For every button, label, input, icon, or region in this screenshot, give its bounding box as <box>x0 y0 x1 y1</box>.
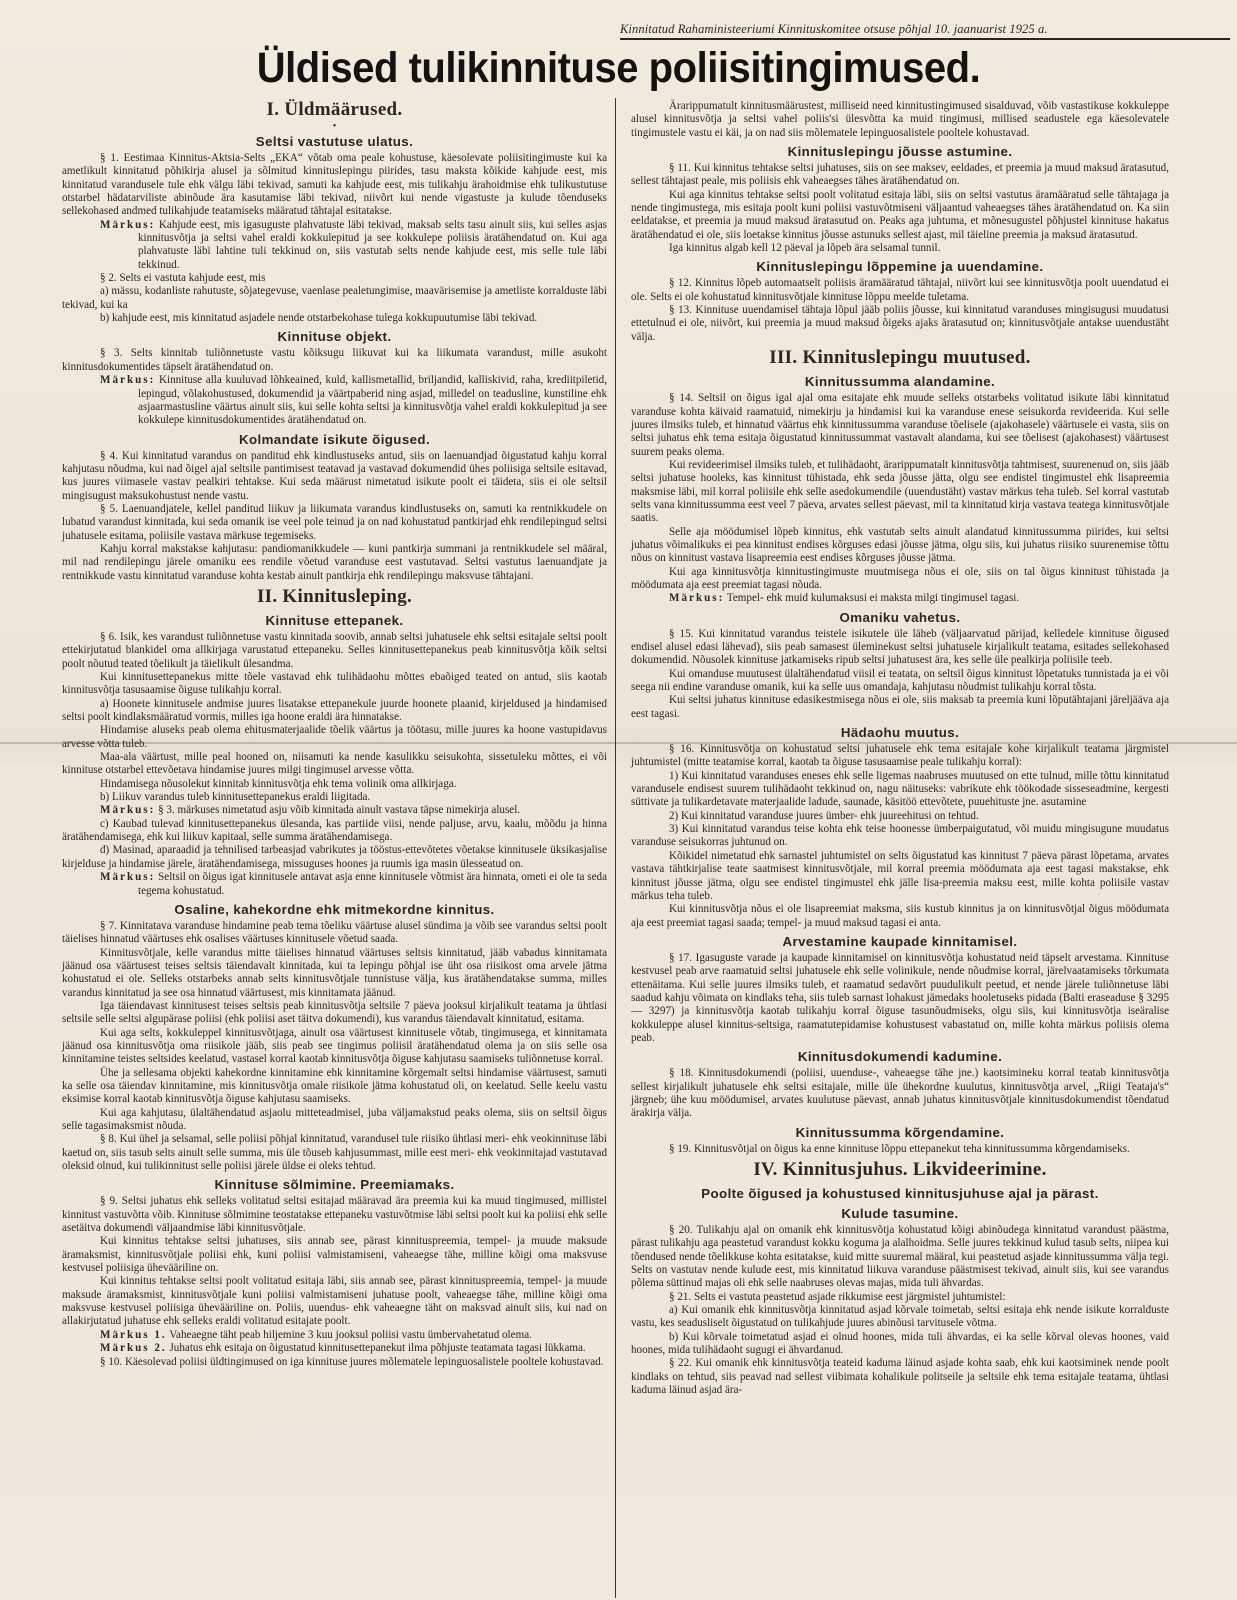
section-2-title: II. Kinnitusleping. <box>62 585 607 609</box>
column-divider <box>615 98 616 1598</box>
paragraph-7: § 7. Kinnitatava varanduse hindamine pea… <box>62 920 607 947</box>
note-9b: Märkus 2. Juhatus ehk esitaja on õigusta… <box>100 1342 607 1355</box>
heading-kulude: Kulude tasumine. <box>631 1205 1169 1222</box>
approval-note: Kinnitatud Rahaministeeriumi Kinnituskom… <box>620 22 1230 40</box>
heading-kadumine: Kinnitusdokumendi kadumine. <box>631 1048 1169 1065</box>
paragraph-21: § 21. Selts ei vastuta peastetud asjade … <box>631 1291 1169 1304</box>
heading-vastutus: Seltsi vastutuse ulatus. <box>62 133 607 150</box>
ornament-dot: • <box>62 124 607 130</box>
paragraph-5b: Kahju korral makstakse kahjutasu: pandio… <box>62 543 607 583</box>
paragraph-6g: b) Liikuv varandus tuleb kinnitusettepan… <box>62 791 607 804</box>
note-text: Tempel- ehk muid kulumaksusi ei maksta m… <box>727 592 1019 604</box>
paragraph-3: § 3. Selts kinnitab tuliõnnetuste vastu … <box>62 347 607 374</box>
paragraph-22: § 22. Kui omanik ehk kinnitusvõtja teate… <box>631 1357 1169 1397</box>
note-label: Märkus 1. <box>100 1329 167 1341</box>
paragraph-19: § 19. Kinnitusvõtjal on õigus ka enne ki… <box>631 1143 1169 1156</box>
paragraph-17: § 17. Igasuguste varade ja kaupade kinni… <box>631 952 1169 1045</box>
note-6b: Märkus: Seltsil on õigus igat kinnitusel… <box>100 871 607 898</box>
paragraph-10: § 10. Käesolevad poliisi üldtingimused o… <box>62 1356 607 1369</box>
heading-solmimine: Kinnituse sõlmimine. Preemiamaks. <box>62 1176 607 1193</box>
note-1: Märkus: Kahjude eest, mis igasuguste pla… <box>100 219 607 272</box>
heading-ettepanek: Kinnituse ettepanek. <box>62 612 607 629</box>
left-column: I. Üldmäärused. • Seltsi vastutuse ulatu… <box>62 96 607 1369</box>
paragraph-7d: Kui aga selts, kokkuleppel kinnitusvõtja… <box>62 1027 607 1067</box>
paragraph-7b: Kinnitusvõtjale, kelle varandus mitte tä… <box>62 947 607 1000</box>
paragraph-6i: d) Masinad, aparaadid ja tehnilised tarb… <box>62 844 607 871</box>
note-label: Märkus 2. <box>100 1342 167 1354</box>
paragraph-14d: Kui aga kinnitusvõtja kinnitustingimuste… <box>631 566 1169 593</box>
note-text: Juhatus ehk esitaja on õigustatud kinnit… <box>169 1342 585 1354</box>
note-label: Märkus: <box>100 219 155 231</box>
heading-loppemine: Kinnituslepingu lõppemine ja uuendamine. <box>631 258 1169 275</box>
note-3: Märkus: Kinnituse alla kuuluvad lõhkeain… <box>100 374 607 427</box>
paragraph-7e: Ühe ja sellesama objekti kahekordne kinn… <box>62 1067 607 1107</box>
paragraph-6d: Hindamise aluseks peab olema ehitusmater… <box>62 724 607 751</box>
paragraph-9b: Kui kinnitus tehtakse seltsi juhatuses, … <box>62 1235 607 1275</box>
paragraph-10b: Ärarippumatult kinnitusmäärustest, milli… <box>631 100 1169 140</box>
paragraph-6e: Maa-ala väärtust, mille peal hooned on, … <box>62 751 607 778</box>
paragraph-16e: Kui kinnitusvõtja nõus ei ole lisapreemi… <box>631 903 1169 930</box>
note-text: Vaheaegne täht peab hiljemine 3 kuu jook… <box>169 1329 532 1341</box>
heading-omaniku: Omaniku vahetus. <box>631 609 1169 626</box>
note-label: Märkus: <box>669 592 724 604</box>
heading-hadaohu: Hädaohu muutus. <box>631 724 1169 741</box>
section-1-title: I. Üldmäärused. <box>62 98 607 122</box>
note-label: Märkus: <box>100 374 155 386</box>
note-14: Märkus: Tempel- ehk muid kulumaksusi ei … <box>669 592 1169 605</box>
heading-alandamine: Kinnitussumma alandamine. <box>631 373 1169 390</box>
paragraph-15: § 15. Kui kinnitatud varandus teistele i… <box>631 628 1169 668</box>
paragraph-15b: Kui omanduse muutusest ülaltähendatud vi… <box>631 668 1169 695</box>
heading-objekt: Kinnituse objekt. <box>62 328 607 345</box>
note-label: Märkus: <box>100 804 155 816</box>
heading-jousse: Kinnituslepingu jõusse astumine. <box>631 143 1169 160</box>
paragraph-14: § 14. Seltsil on õigus igal ajal oma esi… <box>631 392 1169 459</box>
paragraph-16a: 1) Kui kinnitatud varanduses eneses ehk … <box>631 770 1169 810</box>
paragraph-6b: Kui kinnitusettepanekus mitte tõele vast… <box>62 671 607 698</box>
paragraph-16b: 2) Kui kinnitatud varanduse juures ümber… <box>631 810 1169 823</box>
heading-poolte: Poolte õigused ja kohustused kinnitusjuh… <box>631 1185 1169 1202</box>
paragraph-7f: Kui aga kahjutasu, ülaltähendatud asjaol… <box>62 1107 607 1134</box>
paragraph-16: § 16. Kinnitusvõtja on kohustatud seltsi… <box>631 743 1169 770</box>
heading-kolmandad: Kolmandate isikute õigused. <box>62 431 607 448</box>
paragraph-18: § 18. Kinnitusdokumendi (poliisi, uuendu… <box>631 1067 1169 1120</box>
paragraph-1: § 1. Eestimaa Kinnitus-Aktsia-Selts „EKA… <box>62 152 607 219</box>
paragraph-12: § 12. Kinnitus lõpeb automaatselt poliis… <box>631 277 1169 304</box>
paragraph-6h: c) Kaubad tulevad kinnitusettepanekus ül… <box>62 818 607 845</box>
paragraph-6c: a) Hoonete kinnitusele andmise juures li… <box>62 698 607 725</box>
note-text: Kahjude eest, mis igasuguste plahvatuste… <box>138 219 607 271</box>
note-text: Seltsil on õigus igat kinnitusele antava… <box>138 871 607 896</box>
note-label: Märkus: <box>100 871 155 883</box>
paragraph-5: § 5. Laenuandjatele, kellel panditud lii… <box>62 503 607 543</box>
paragraph-6f: Hindamisega nõusolekut kinnitab kinnitus… <box>62 778 607 791</box>
section-3-title: III. Kinnituslepingu muutused. <box>631 346 1169 370</box>
section-4-title: IV. Kinnitusjuhus. Likvideerimine. <box>631 1158 1169 1182</box>
paragraph-16c: 3) Kui kinnitatud varandus teise kohta e… <box>631 823 1169 850</box>
paragraph-15c: Kui seltsi juhatus kinnituse edasikestmi… <box>631 694 1169 721</box>
heading-osaline: Osaline, kahekordne ehk mitmekordne kinn… <box>62 901 607 918</box>
paragraph-11b: Kui aga kinnitus tehtakse seltsi poolt v… <box>631 189 1169 242</box>
paragraph-9: § 9. Seltsi juhatus ehk selleks volitatu… <box>62 1195 607 1235</box>
paragraph-6: § 6. Isik, kes varandust tuliõnnetuse va… <box>62 631 607 671</box>
note-6: Märkus: § 3. märkuses nimetatud asju või… <box>100 804 607 817</box>
paragraph-21a: a) Kui omanik ehk kinnitusvõtja kinnitat… <box>631 1304 1169 1331</box>
heading-korgendamine: Kinnitussumma kõrgendamine. <box>631 1124 1169 1141</box>
document-title: Üldised tulikinnituse poliisitingimused. <box>43 44 1193 93</box>
paragraph-20: § 20. Tulikahju ajal on omanik ehk kinni… <box>631 1224 1169 1291</box>
paragraph-11: § 11. Kui kinnitus tehtakse seltsi juhat… <box>631 162 1169 189</box>
note-9a: Märkus 1. Vaheaegne täht peab hiljemine … <box>100 1329 607 1342</box>
heading-arvestamine: Arvestamine kaupade kinnitamisel. <box>631 933 1169 950</box>
paragraph-14c: Selle aja möödumisel lõpeb kinnitus, ehk… <box>631 526 1169 566</box>
paragraph-7c: Iga täiendavast kinnitusest teises selts… <box>62 1000 607 1027</box>
paragraph-14b: Kui revideerimisel ilmsiks tuleb, et tul… <box>631 459 1169 526</box>
paragraph-21b: b) Kui kõrvale toimetatud asjad ei olnud… <box>631 1331 1169 1358</box>
right-column: Ärarippumatult kinnitusmäärustest, milli… <box>631 100 1169 1397</box>
paragraph-11c: Iga kinnitus algab kell 12 päeval ja lõp… <box>631 242 1169 255</box>
note-text: Kinnituse alla kuuluvad lõhkeained, kuld… <box>138 374 607 426</box>
paragraph-9c: Kui kinnitus tehtakse seltsi poolt volit… <box>62 1275 607 1328</box>
paragraph-8: § 8. Kui ühel ja selsamal, selle poliisi… <box>62 1133 607 1173</box>
paragraph-2: § 2. Selts ei vastuta kahjude eest, mis <box>62 272 607 285</box>
paragraph-2b: b) kahjude eest, mis kinnitatud asjadele… <box>62 312 607 325</box>
paragraph-13: § 13. Kinnituse uuendamisel tähtaja lõpu… <box>631 304 1169 344</box>
paragraph-4: § 4. Kui kinnitatud varandus on panditud… <box>62 450 607 503</box>
paragraph-16d: Kõikidel nimetatud ehk sarnastel juhtumi… <box>631 850 1169 903</box>
paragraph-2a: a) mässu, kodanliste rahutuste, sõjatege… <box>62 285 607 312</box>
note-text: § 3. märkuses nimetatud asju võib kinnit… <box>158 804 520 816</box>
